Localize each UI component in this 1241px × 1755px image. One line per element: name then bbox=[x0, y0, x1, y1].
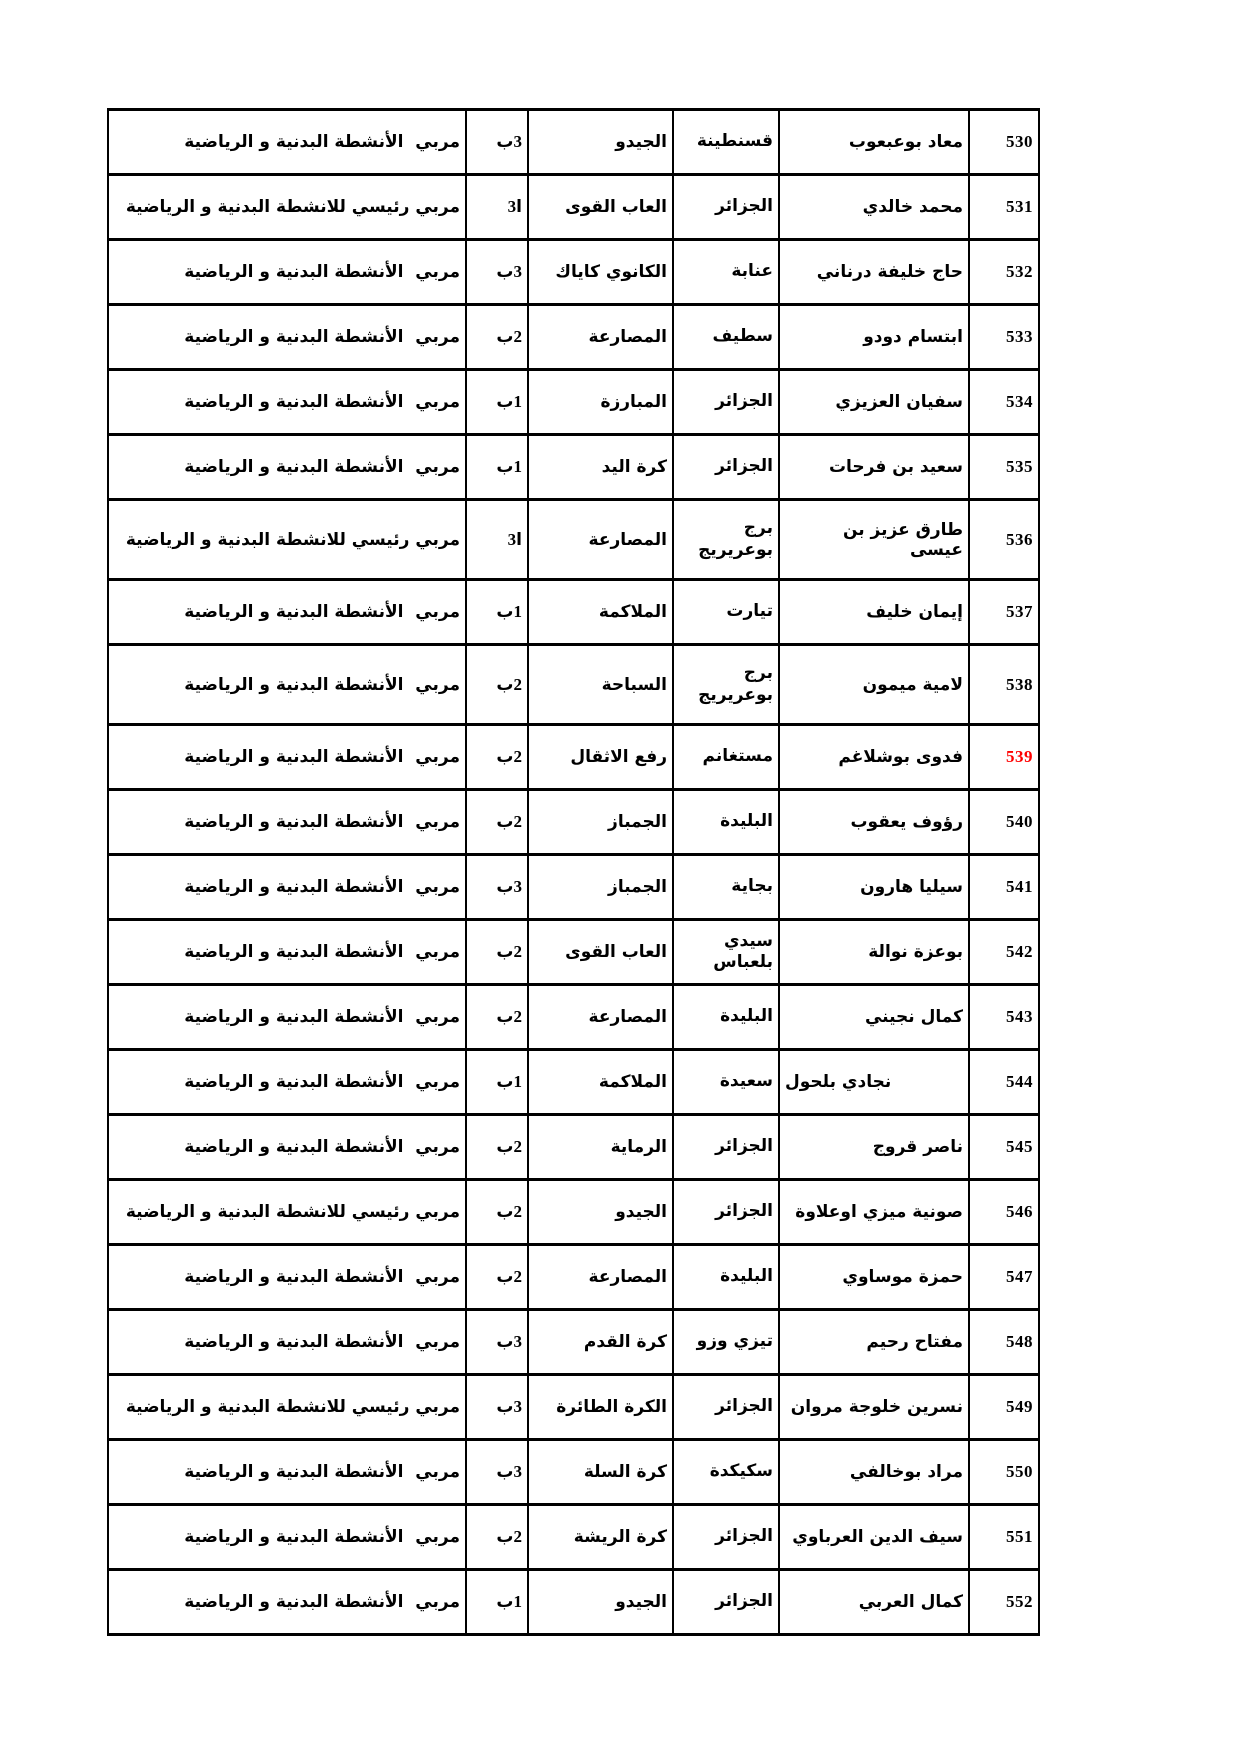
cell-name: رؤوف يعقوب bbox=[779, 790, 969, 855]
cell-level: 3ب bbox=[466, 1310, 528, 1375]
cell-level: 3ب bbox=[466, 110, 528, 175]
cell-job-title: مربي الأنشطة البدنية و الرياضية bbox=[108, 1115, 466, 1180]
cell-sport: كرة القدم bbox=[528, 1310, 673, 1375]
cell-job-title: مربي الأنشطة البدنية و الرياضية bbox=[108, 240, 466, 305]
cell-city: الجزائر bbox=[673, 435, 779, 500]
cell-number: 536 bbox=[969, 500, 1039, 580]
cell-number: 541 bbox=[969, 855, 1039, 920]
cell-number: 545 bbox=[969, 1115, 1039, 1180]
cell-sport: المصارعة bbox=[528, 305, 673, 370]
cell-sport: المصارعة bbox=[528, 985, 673, 1050]
cell-level: 1ب bbox=[466, 370, 528, 435]
cell-number: 547 bbox=[969, 1245, 1039, 1310]
table-row: 543كمال نجينيالبليدةالمصارعة2بمربي الأنش… bbox=[108, 985, 1039, 1050]
cell-sport: الملاكمة bbox=[528, 580, 673, 645]
cell-number: 540 bbox=[969, 790, 1039, 855]
cell-job-title: مربي رئيسي للانشطة البدنية و الرياضية bbox=[108, 1375, 466, 1440]
cell-job-title: مربي رئيسي للانشطة البدنية و الرياضية bbox=[108, 500, 466, 580]
cell-city: سيدي بلعباس bbox=[673, 920, 779, 985]
table-row: 552كمال العربيالجزائرالجيدو1بمربي الأنشط… bbox=[108, 1570, 1039, 1635]
cell-city: تيارت bbox=[673, 580, 779, 645]
cell-number: 550 bbox=[969, 1440, 1039, 1505]
cell-level: 3ب bbox=[466, 1440, 528, 1505]
table-row: 549نسرين خلوجة مروانالجزائرالكرة الطائرة… bbox=[108, 1375, 1039, 1440]
cell-city: البليدة bbox=[673, 985, 779, 1050]
cell-name: حاج خليفة درناني bbox=[779, 240, 969, 305]
cell-job-title: مربي الأنشطة البدنية و الرياضية bbox=[108, 985, 466, 1050]
staff-roster-table: 530معاد بوعبعوبقسنطينةالجيدو3بمربي الأنش… bbox=[107, 108, 1040, 1636]
cell-sport: الكانوي كاياك bbox=[528, 240, 673, 305]
cell-job-title: مربي الأنشطة البدنية و الرياضية bbox=[108, 435, 466, 500]
cell-city: البليدة bbox=[673, 790, 779, 855]
cell-job-title: مربي الأنشطة البدنية و الرياضية bbox=[108, 1050, 466, 1115]
cell-job-title: مربي الأنشطة البدنية و الرياضية bbox=[108, 110, 466, 175]
cell-level: 2ب bbox=[466, 725, 528, 790]
cell-city: سعيدة bbox=[673, 1050, 779, 1115]
cell-job-title: مربي الأنشطة البدنية و الرياضية bbox=[108, 1570, 466, 1635]
cell-level: 3ب bbox=[466, 1375, 528, 1440]
cell-name: مفتاح رحيم bbox=[779, 1310, 969, 1375]
cell-number: 549 bbox=[969, 1375, 1039, 1440]
cell-city: الجزائر bbox=[673, 370, 779, 435]
cell-level: 1ب bbox=[466, 1050, 528, 1115]
cell-city: سطيف bbox=[673, 305, 779, 370]
table-row: 539فدوى بوشلاغممستغانمرفع الاثقال2بمربي … bbox=[108, 725, 1039, 790]
cell-number: 548 bbox=[969, 1310, 1039, 1375]
cell-sport: الجيدو bbox=[528, 110, 673, 175]
cell-name: سيليا هارون bbox=[779, 855, 969, 920]
cell-city: الجزائر bbox=[673, 1115, 779, 1180]
cell-sport: الرماية bbox=[528, 1115, 673, 1180]
table-row: 550مراد بوخالفيسكيكدةكرة السلة3بمربي الأ… bbox=[108, 1440, 1039, 1505]
cell-job-title: مربي الأنشطة البدنية و الرياضية bbox=[108, 1310, 466, 1375]
cell-city: سكيكدة bbox=[673, 1440, 779, 1505]
cell-number: 538 bbox=[969, 645, 1039, 725]
cell-number: 552 bbox=[969, 1570, 1039, 1635]
table-row: 531محمد خالديالجزائرالعاب القوىا3مربي رئ… bbox=[108, 175, 1039, 240]
cell-sport: كرة السلة bbox=[528, 1440, 673, 1505]
document-page: 530معاد بوعبعوبقسنطينةالجيدو3بمربي الأنش… bbox=[0, 0, 1241, 1755]
cell-sport: كرة الريشة bbox=[528, 1505, 673, 1570]
staff-roster-body: 530معاد بوعبعوبقسنطينةالجيدو3بمربي الأنش… bbox=[108, 110, 1039, 1635]
cell-name: معاد بوعبعوب bbox=[779, 110, 969, 175]
cell-sport: الكرة الطائرة bbox=[528, 1375, 673, 1440]
cell-city: برج بوعريريج bbox=[673, 645, 779, 725]
table-row: 538لامية ميمونبرج بوعريريجالسباحة2بمربي … bbox=[108, 645, 1039, 725]
cell-number: 544 bbox=[969, 1050, 1039, 1115]
cell-sport: الجيدو bbox=[528, 1180, 673, 1245]
cell-job-title: مربي رئيسي للانشطة البدنية و الرياضية bbox=[108, 175, 466, 240]
cell-name: سفيان العزيزي bbox=[779, 370, 969, 435]
cell-number: 542 bbox=[969, 920, 1039, 985]
cell-sport: السباحة bbox=[528, 645, 673, 725]
table-row: 547حمزة موساويالبليدةالمصارعة2بمربي الأن… bbox=[108, 1245, 1039, 1310]
cell-level: 3ب bbox=[466, 240, 528, 305]
table-row: 536طارق عزيز بن عيسىبرج بوعريريجالمصارعة… bbox=[108, 500, 1039, 580]
cell-number: 534 bbox=[969, 370, 1039, 435]
cell-job-title: مربي الأنشطة البدنية و الرياضية bbox=[108, 855, 466, 920]
cell-number: 537 bbox=[969, 580, 1039, 645]
cell-level: 1ب bbox=[466, 435, 528, 500]
cell-number: 535 bbox=[969, 435, 1039, 500]
table-row: 534سفيان العزيزيالجزائرالمبارزة1بمربي ال… bbox=[108, 370, 1039, 435]
cell-name: كمال نجيني bbox=[779, 985, 969, 1050]
cell-name: طارق عزيز بن عيسى bbox=[779, 500, 969, 580]
cell-city: قسنطينة bbox=[673, 110, 779, 175]
cell-job-title: مربي الأنشطة البدنية و الرياضية bbox=[108, 920, 466, 985]
cell-level: 2ب bbox=[466, 1180, 528, 1245]
cell-city: تيزي وزو bbox=[673, 1310, 779, 1375]
table-row: 545ناصر قروجالجزائرالرماية2بمربي الأنشطة… bbox=[108, 1115, 1039, 1180]
cell-name: ابتسام دودو bbox=[779, 305, 969, 370]
cell-job-title: مربي الأنشطة البدنية و الرياضية bbox=[108, 1245, 466, 1310]
cell-name: سيف الدين العرباوي bbox=[779, 1505, 969, 1570]
cell-job-title: مربي الأنشطة البدنية و الرياضية bbox=[108, 725, 466, 790]
cell-level: 2ب bbox=[466, 920, 528, 985]
table-row: 548مفتاح رحيمتيزي وزوكرة القدم3بمربي الأ… bbox=[108, 1310, 1039, 1375]
cell-level: 2ب bbox=[466, 1505, 528, 1570]
cell-sport: المصارعة bbox=[528, 500, 673, 580]
cell-name: نسرين خلوجة مروان bbox=[779, 1375, 969, 1440]
cell-city: عنابة bbox=[673, 240, 779, 305]
cell-level: 2ب bbox=[466, 645, 528, 725]
table-row: 532حاج خليفة درنانيعنابةالكانوي كاياك3بم… bbox=[108, 240, 1039, 305]
table-row: 544نجادي بلحولسعيدةالملاكمة1بمربي الأنشط… bbox=[108, 1050, 1039, 1115]
cell-number: 539 bbox=[969, 725, 1039, 790]
cell-city: الجزائر bbox=[673, 1375, 779, 1440]
cell-level: 3ب bbox=[466, 855, 528, 920]
cell-sport: الجمباز bbox=[528, 855, 673, 920]
cell-name: مراد بوخالفي bbox=[779, 1440, 969, 1505]
cell-name: سعيد بن فرحات bbox=[779, 435, 969, 500]
cell-sport: العاب القوى bbox=[528, 175, 673, 240]
cell-name: إيمان خليف bbox=[779, 580, 969, 645]
cell-number: 546 bbox=[969, 1180, 1039, 1245]
cell-city: الجزائر bbox=[673, 1505, 779, 1570]
cell-level: ا3 bbox=[466, 500, 528, 580]
cell-job-title: مربي الأنشطة البدنية و الرياضية bbox=[108, 790, 466, 855]
cell-number: 532 bbox=[969, 240, 1039, 305]
cell-sport: كرة اليد bbox=[528, 435, 673, 500]
cell-name: بوعزة نوالة bbox=[779, 920, 969, 985]
cell-sport: الجيدو bbox=[528, 1570, 673, 1635]
table-row: 535سعيد بن فرحاتالجزائركرة اليد1بمربي ال… bbox=[108, 435, 1039, 500]
cell-number: 543 bbox=[969, 985, 1039, 1050]
cell-name: نجادي بلحول bbox=[779, 1050, 969, 1115]
cell-job-title: مربي الأنشطة البدنية و الرياضية bbox=[108, 370, 466, 435]
cell-name: حمزة موساوي bbox=[779, 1245, 969, 1310]
cell-level: 1ب bbox=[466, 1570, 528, 1635]
cell-name: صونية ميزي اوعلاوة bbox=[779, 1180, 969, 1245]
cell-level: 2ب bbox=[466, 1115, 528, 1180]
cell-number: 533 bbox=[969, 305, 1039, 370]
cell-sport: الجمباز bbox=[528, 790, 673, 855]
table-row: 540رؤوف يعقوبالبليدةالجمباز2بمربي الأنشط… bbox=[108, 790, 1039, 855]
cell-name: كمال العربي bbox=[779, 1570, 969, 1635]
cell-number: 530 bbox=[969, 110, 1039, 175]
cell-level: 2ب bbox=[466, 985, 528, 1050]
cell-sport: الملاكمة bbox=[528, 1050, 673, 1115]
cell-job-title: مربي الأنشطة البدنية و الرياضية bbox=[108, 1505, 466, 1570]
table-row: 530معاد بوعبعوبقسنطينةالجيدو3بمربي الأنش… bbox=[108, 110, 1039, 175]
cell-sport: المبارزة bbox=[528, 370, 673, 435]
cell-level: 2ب bbox=[466, 305, 528, 370]
cell-city: البليدة bbox=[673, 1245, 779, 1310]
cell-city: الجزائر bbox=[673, 1180, 779, 1245]
cell-name: محمد خالدي bbox=[779, 175, 969, 240]
cell-city: برج بوعريريج bbox=[673, 500, 779, 580]
cell-job-title: مربي الأنشطة البدنية و الرياضية bbox=[108, 305, 466, 370]
cell-sport: المصارعة bbox=[528, 1245, 673, 1310]
cell-level: 2ب bbox=[466, 1245, 528, 1310]
cell-job-title: مربي الأنشطة البدنية و الرياضية bbox=[108, 1440, 466, 1505]
cell-city: بجاية bbox=[673, 855, 779, 920]
cell-sport: رفع الاثقال bbox=[528, 725, 673, 790]
cell-name: ناصر قروج bbox=[779, 1115, 969, 1180]
cell-level: 1ب bbox=[466, 580, 528, 645]
cell-job-title: مربي الأنشطة البدنية و الرياضية bbox=[108, 645, 466, 725]
table-row: 541سيليا هارونبجايةالجمباز3بمربي الأنشطة… bbox=[108, 855, 1039, 920]
table-row: 542بوعزة نوالةسيدي بلعباسالعاب القوى2بمر… bbox=[108, 920, 1039, 985]
cell-name: فدوى بوشلاغم bbox=[779, 725, 969, 790]
cell-sport: العاب القوى bbox=[528, 920, 673, 985]
cell-city: مستغانم bbox=[673, 725, 779, 790]
cell-level: ا3 bbox=[466, 175, 528, 240]
table-row: 546صونية ميزي اوعلاوةالجزائرالجيدو2بمربي… bbox=[108, 1180, 1039, 1245]
table-row: 551سيف الدين العرباويالجزائركرة الريشة2ب… bbox=[108, 1505, 1039, 1570]
table-row: 533ابتسام دودوسطيفالمصارعة2بمربي الأنشطة… bbox=[108, 305, 1039, 370]
cell-number: 531 bbox=[969, 175, 1039, 240]
cell-name: لامية ميمون bbox=[779, 645, 969, 725]
cell-number: 551 bbox=[969, 1505, 1039, 1570]
cell-city: الجزائر bbox=[673, 1570, 779, 1635]
cell-city: الجزائر bbox=[673, 175, 779, 240]
cell-job-title: مربي الأنشطة البدنية و الرياضية bbox=[108, 580, 466, 645]
table-row: 537إيمان خليفتيارتالملاكمة1بمربي الأنشطة… bbox=[108, 580, 1039, 645]
cell-level: 2ب bbox=[466, 790, 528, 855]
cell-job-title: مربي رئيسي للانشطة البدنية و الرياضية bbox=[108, 1180, 466, 1245]
